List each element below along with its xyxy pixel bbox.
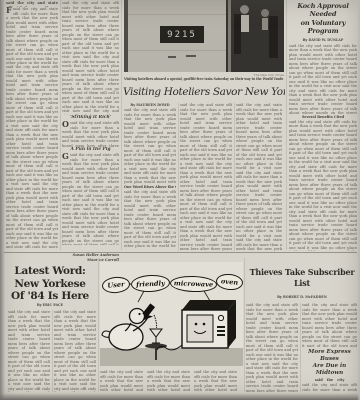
screen-face-eye xyxy=(195,323,198,326)
dropcap-paragraph: Fsaid the city and state offi cials for … xyxy=(6,7,58,65)
headline-line: on Voluntary Program xyxy=(289,19,357,36)
greeked-text: said the city and state offi cials for m… xyxy=(302,303,357,347)
greeked-text: said the city and state offi cials for m… xyxy=(289,44,357,114)
microwave-button xyxy=(217,326,225,328)
greeked-text: said the city and state offi cials for m… xyxy=(62,1,119,115)
microwave-button xyxy=(217,334,225,336)
speech-bubble-oven: oven xyxy=(215,273,243,291)
microwave-cartoon: User - friendly microwave oven xyxy=(100,262,243,366)
greeked-text: said the city and state offi cials for m… xyxy=(302,383,357,392)
column-rule xyxy=(60,0,61,250)
table-top xyxy=(145,344,167,349)
daybyday-column-1: said the city and state offi cials for m… xyxy=(6,1,58,251)
cartoon-drawing xyxy=(100,290,243,366)
duck-head xyxy=(130,309,145,324)
car-panel-line xyxy=(128,14,226,15)
cartoon-text-column-3: said the city and state offi cials for m… xyxy=(194,370,237,392)
person-head xyxy=(261,9,269,17)
headline-line: New Yorkese xyxy=(4,278,96,291)
cartoon-text-column-1: said the city and state offi cials for m… xyxy=(100,370,143,392)
scan-edge-bottom xyxy=(0,393,360,400)
headline-line: Of '84 Is Here xyxy=(4,290,96,303)
dropcap-letter: O xyxy=(62,121,69,128)
car-number: 9215 xyxy=(167,30,197,40)
section-divider-rule xyxy=(4,252,357,253)
dropcap-paragraph: Gsaid the city and state offi cials for … xyxy=(62,153,119,245)
byline-david-dunlap: By DAVID W. DUNLAP xyxy=(289,38,357,43)
microwave-window xyxy=(187,315,213,342)
headline-line: Are Due in Midtown xyxy=(302,363,357,377)
greeked-text: said the city and state offi cials for m… xyxy=(289,120,357,251)
column-rule xyxy=(286,0,287,250)
car-panel-line xyxy=(128,50,226,51)
greeked-text: said the city and state offi cials for m… xyxy=(6,7,58,65)
bubble-word: friendly xyxy=(136,279,165,288)
hoteliers-column-2: said the city and state offi cials for m… xyxy=(180,103,232,251)
koch-article: Koch Approval Needed on Voluntary Progra… xyxy=(289,2,357,251)
photo-credit: The New York Times xyxy=(190,73,284,77)
dropcap-letter: F xyxy=(6,7,12,14)
subway-train-photo: 9215 xyxy=(124,0,284,72)
thieves-column-1: said the city and state offi cials for m… xyxy=(246,303,298,392)
bubble-word: oven xyxy=(221,277,239,286)
headline-line: Thieves Take Subscriber List xyxy=(246,267,358,289)
byline-eric-pace: By ERIC PACE xyxy=(4,303,96,308)
microwave-top xyxy=(182,300,236,310)
car-smudge xyxy=(168,56,176,58)
headline-more-express-buses: More Express Buses Are Due in Midtown xyxy=(302,349,357,377)
person-shirt xyxy=(241,15,249,32)
hoteliers-column-3: said the city and state offi cials for m… xyxy=(236,103,282,251)
express-byline-greeked: said the city and state offi cials for m… xyxy=(315,378,345,382)
column-rule xyxy=(121,0,122,250)
column-rule xyxy=(98,258,99,392)
column-rule xyxy=(300,303,301,392)
car-number-sign: 9215 xyxy=(160,26,204,43)
headline-line: More Express Buses xyxy=(302,349,357,363)
photo-caption: Visiting hoteliers aboard a special, gra… xyxy=(124,77,284,83)
person-coat xyxy=(234,14,241,54)
daybyday-column-2: said the city and state offi cials for m… xyxy=(62,1,119,251)
person-head xyxy=(240,5,249,14)
latest-word-column-2: said the city and state offi cials for m… xyxy=(54,310,96,392)
cartoon-text-column-2: said the city and state offi cials for m… xyxy=(147,370,190,392)
car-smudge xyxy=(186,55,196,57)
martini-glass xyxy=(150,329,162,343)
greeked-text: said the city and state offi cials for m… xyxy=(62,121,119,147)
scan-edge-left xyxy=(0,0,5,400)
greeked-text: said the city and state offi cials for m… xyxy=(62,153,119,245)
headline-visiting-hoteliers: Visiting Hoteliers Savor New York xyxy=(123,86,285,101)
microwave-button xyxy=(217,330,225,332)
bubble-pointer-line xyxy=(204,291,210,301)
screen-face-eye xyxy=(203,323,206,326)
pour-stream xyxy=(154,315,157,328)
hoteliers-column-1: By MAUREEN DOWD said the city and state … xyxy=(124,103,176,251)
greeked-text: said the city and state offi cials for m… xyxy=(6,65,58,249)
duck-eye xyxy=(138,313,140,315)
headline-latest-word: Latest Word: New Yorkese Of '84 Is Here xyxy=(4,265,96,305)
cartoon-floor xyxy=(100,348,243,366)
latest-word-column-1: said the city and state offi cials for m… xyxy=(8,310,50,392)
person-shirt xyxy=(262,18,268,30)
headline-thieves: Thieves Take Subscriber List Of Russian-… xyxy=(246,267,358,290)
bubble-word: microwave xyxy=(174,279,214,288)
column-rule xyxy=(244,258,245,392)
headline-line: Latest Word: xyxy=(4,265,96,278)
bubble-pointer-line xyxy=(138,291,144,302)
headline-line: Of Russian-Language Paper xyxy=(246,289,358,290)
headline-koch-approval: Koch Approval Needed on Voluntary Progra… xyxy=(289,2,357,36)
column-rule xyxy=(178,103,179,251)
column-rule xyxy=(234,103,235,251)
person-coat xyxy=(269,16,278,58)
photo-left-edge xyxy=(124,0,128,72)
greeked-text: said the city and state offi cials for m… xyxy=(124,108,176,184)
door-frame-pole xyxy=(228,0,231,72)
dropcap-letter: G xyxy=(62,153,69,160)
thieves-column-2: said the city and state offi cials for m… xyxy=(302,303,357,392)
greeked-text: said the city and state offi cials for m… xyxy=(124,190,176,248)
byline-robert-mcfadden: By ROBERT D. McFADDEN xyxy=(246,295,358,300)
column-rule xyxy=(52,310,53,392)
headline-line: Koch Approval Needed xyxy=(289,2,357,19)
dropcap-paragraph: Osaid the city and state offi cials for … xyxy=(62,121,119,147)
newspaper-page: said the city and state offi cials for m… xyxy=(0,0,360,400)
bubble-word: User xyxy=(107,280,125,289)
